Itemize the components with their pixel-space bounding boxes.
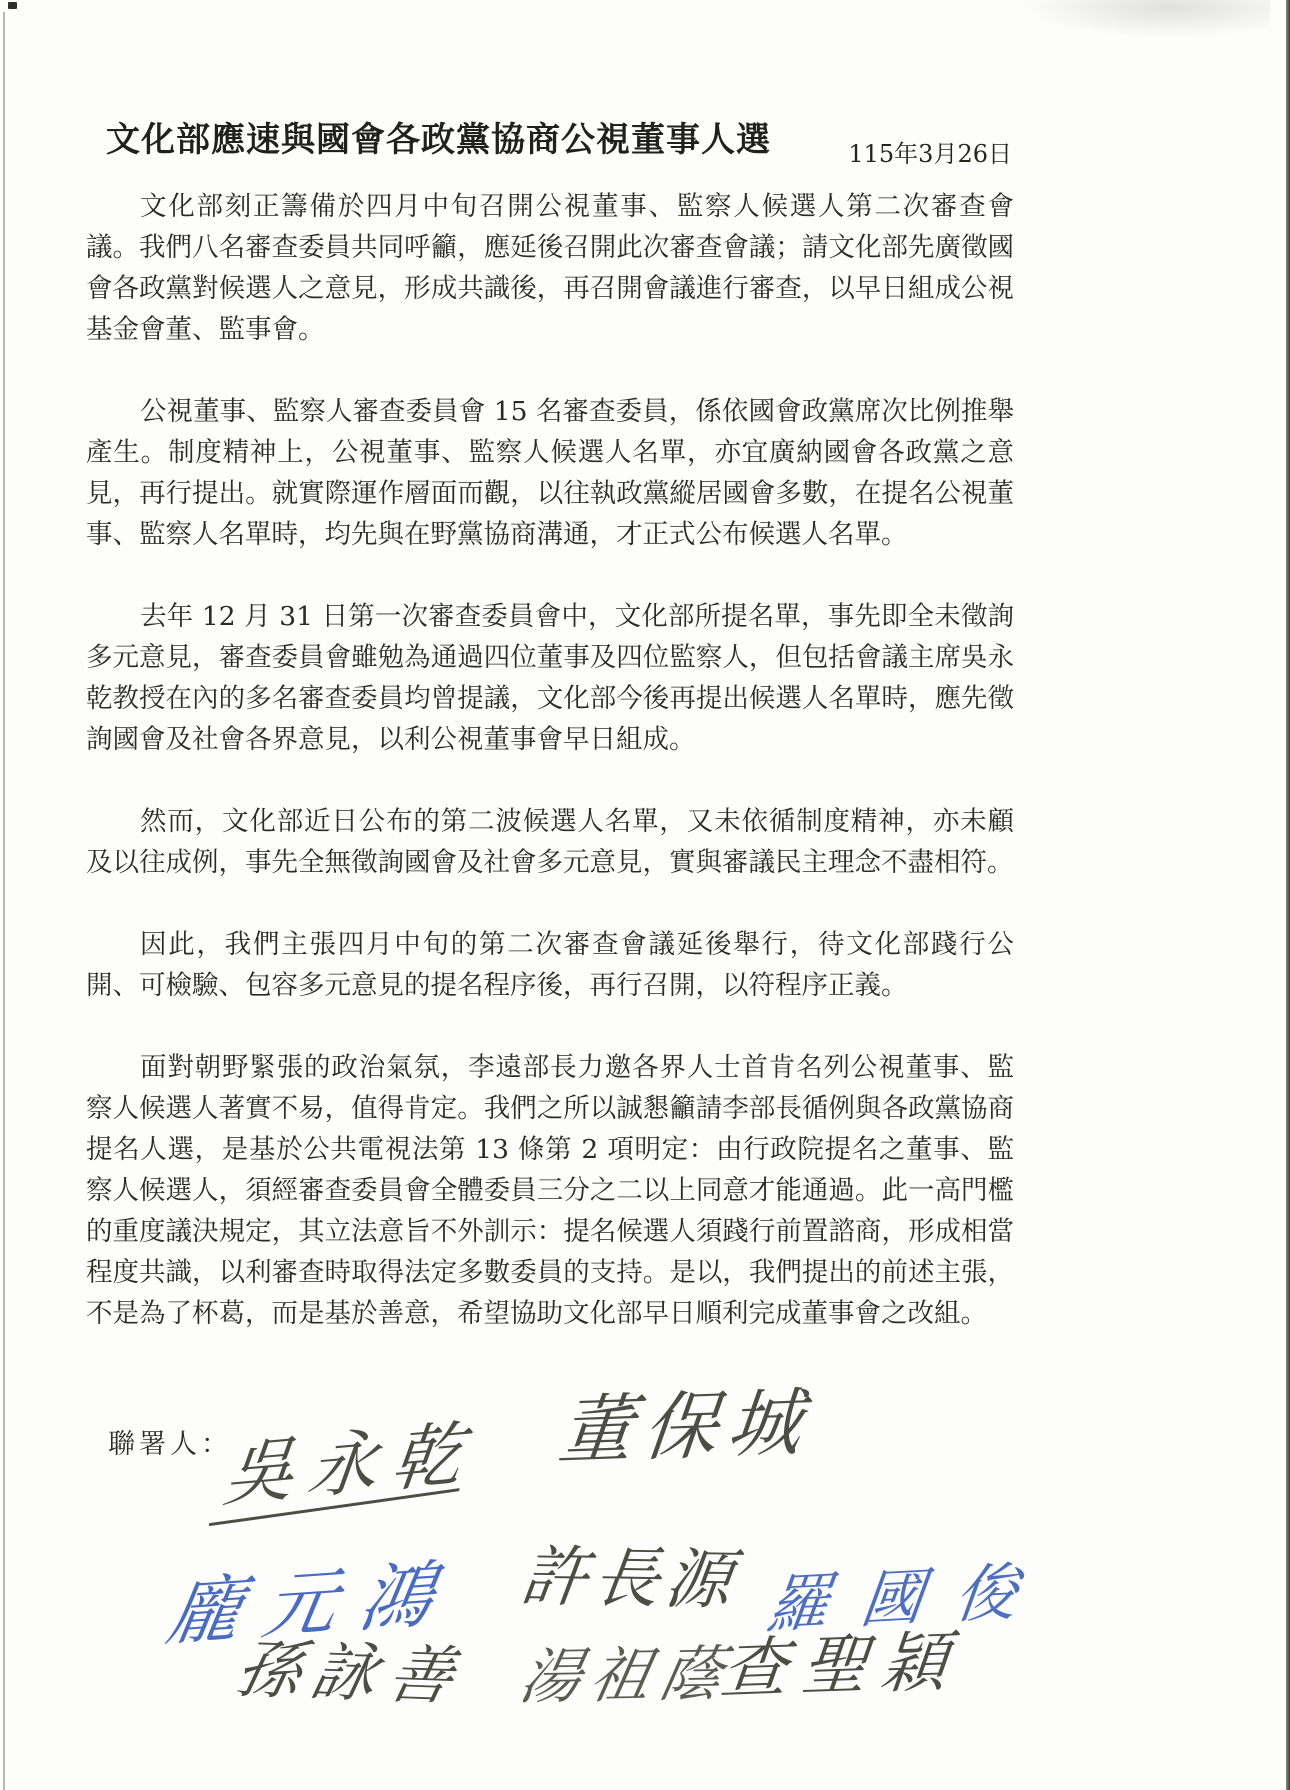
body-text: 文化部刻正籌備於四月中旬召開公視董事、監察人候選人第二次審查會議。我們八名審查委… <box>86 186 1014 1375</box>
scan-edge-right <box>1286 0 1290 1790</box>
page-title: 文化部應速與國會各政黨協商公視董事人選 <box>106 112 771 161</box>
paragraph: 然而，文化部近日公布的第二波候選人名單，又未依循制度精神，亦未顧及以往成例，事先… <box>86 801 1014 883</box>
document-date: 115年3月26日 <box>772 134 1012 169</box>
paragraph: 去年 12 月 31 日第一次審查委員會中，文化部所提名單，事先即全未徵詢多元意… <box>86 596 1014 760</box>
paragraph: 公視董事、監察人審查委員會 15 名審查委員，係依國會政黨席次比例推舉產生。制度… <box>86 391 1014 555</box>
paragraph: 面對朝野緊張的政治氣氛，李遠部長力邀各界人士首肯名列公視董事、監察人候選人著實不… <box>86 1047 1014 1334</box>
signature-8: 查聖穎 <box>717 1608 967 1712</box>
signature-4: 許長源 <box>516 1523 744 1622</box>
signature-7: 湯祖蔭 <box>514 1626 741 1716</box>
signature-2: 董保城 <box>554 1363 817 1478</box>
signature-6: 孫詠善 <box>228 1618 475 1717</box>
scan-edge-left <box>3 12 5 1790</box>
paragraph: 文化部刻正籌備於四月中旬召開公視董事、監察人候選人第二次審查會議。我們八名審查委… <box>86 186 1014 350</box>
signature-1: 吳永乾 <box>219 1396 483 1520</box>
paragraph: 因此，我們主張四月中旬的第二次審查會議延後舉行，待文化部踐行公開、可檢驗、包容多… <box>86 924 1014 1006</box>
scan-smudge <box>1020 0 1270 38</box>
scanned-letter-page: 文化部應速與國會各政黨協商公視董事人選 115年3月26日 文化部刻正籌備於四月… <box>0 0 1290 1790</box>
scan-speck <box>8 2 17 9</box>
cosigners-label: 聯署人： <box>108 1422 232 1461</box>
